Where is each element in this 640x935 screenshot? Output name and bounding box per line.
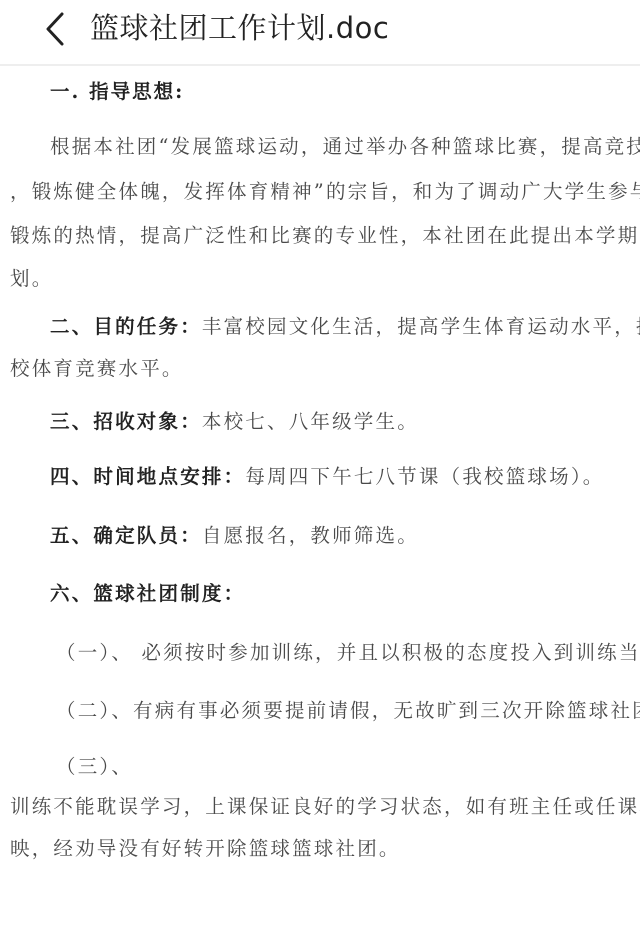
paragraph-line: 锻炼的热情，提高广泛性和比赛的专业性，本社团在此提出本学期工作计 [10,223,640,249]
section-goals: 二、目的任务：丰富校园文化生活，提高学生体育运动水平，提高我 [50,314,640,340]
document-viewer[interactable]: 一. 指导思想: 根据本社团“发展篮球运动，通过举办各种篮球比赛，提高竞技水平 … [0,66,640,935]
paragraph-line: 划。 [10,266,53,292]
section-text: 自愿报名，教师筛选。 [202,524,419,547]
back-button[interactable] [36,10,76,50]
section-recruitment: 三、招收对象：本校七、八年级学生。 [50,409,419,435]
paragraph-line: 映，经劝导没有好转开除篮球篮球社团。 [10,836,401,862]
section-label: 六、篮球社团制度： [50,582,245,605]
rule-item-2: （二）、有病有事必须要提前请假，无故旷到三次开除篮球社团。 [56,698,640,724]
top-app-bar: 篮球社团工作计划.doc [0,0,640,66]
section-label: 五、确定队员： [50,524,202,547]
section-label: 四、时间地点安排： [50,465,245,488]
section-members: 五、确定队员：自愿报名，教师筛选。 [50,523,419,549]
section-text: 本校七、八年级学生。 [202,410,419,433]
paragraph-line: ，锻炼健全体魄，发挥体育精神”的宗旨，和为了调动广大学生参与体育 [10,179,640,205]
section-heading-rules: 六、篮球社团制度： [50,581,245,607]
chevron-left-icon [36,10,76,50]
section-label: 二、目的任务： [50,315,202,338]
paragraph-line: 校体育竞赛水平。 [10,356,184,382]
document-title: 篮球社团工作计划.doc [90,8,389,48]
section-heading-guiding-thought: 一. 指导思想: [50,79,184,105]
paragraph-line: 训练不能耽误学习，上课保证良好的学习状态，如有班主任或任课老师反 [10,794,640,820]
section-text: 丰富校园文化生活，提高学生体育运动水平，提高我 [202,315,640,338]
rule-item-3: （三）、 [56,754,133,780]
rule-item-1: （一）、 必须按时参加训练，并且以积极的态度投入到训练当中。 [56,640,640,666]
section-text: 每周四下午七八节课（我校篮球场）。 [245,465,604,488]
section-schedule: 四、时间地点安排：每周四下午七八节课（我校篮球场）。 [50,464,604,490]
section-label: 三、招收对象： [50,410,202,433]
paragraph-line: 根据本社团“发展篮球运动，通过举办各种篮球比赛，提高竞技水平 [50,134,640,160]
